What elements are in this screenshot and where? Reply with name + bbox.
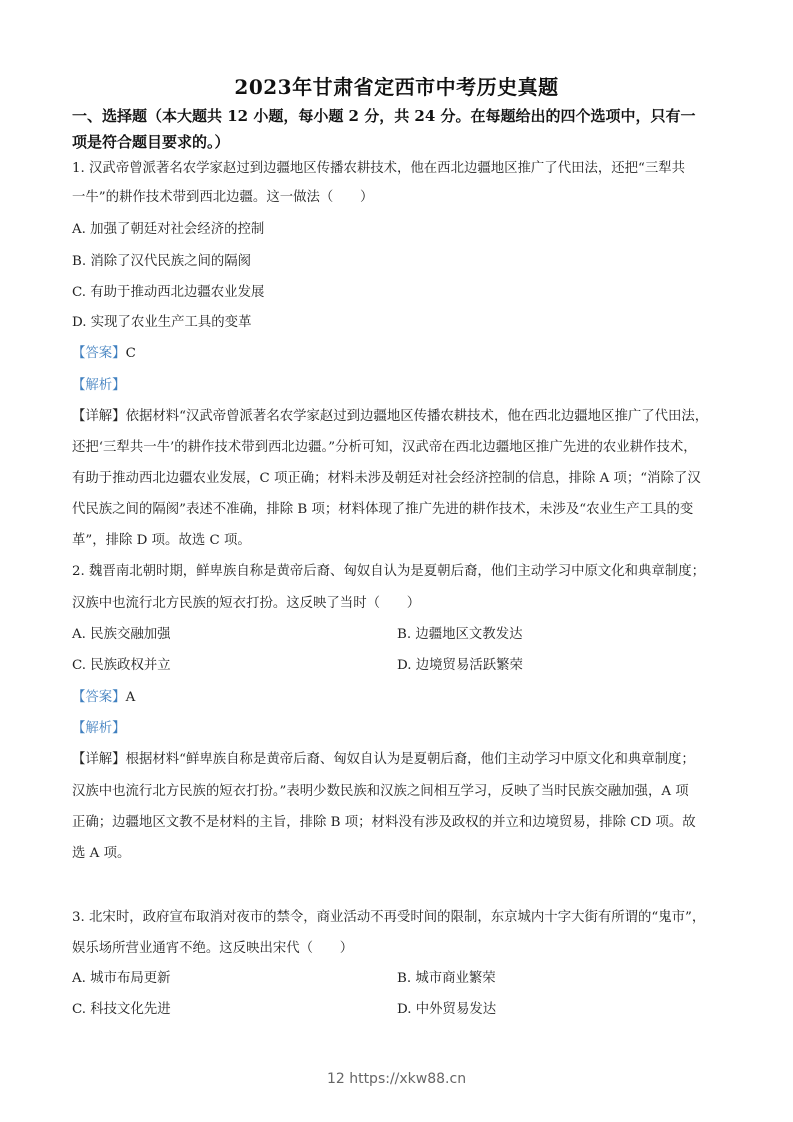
q1-detail-line2: 还把‘三犁共一牛’的耕作技术带到西北边疆。”分析可知，汉武帝在西北边疆地区推广先… bbox=[72, 439, 732, 457]
q2-option-d: D. 边境贸易活跃繁荣 bbox=[397, 657, 523, 675]
q2-stem-line2: 汉族中也流行北方民族的短衣打扮。这反映了当时（ ） bbox=[72, 595, 732, 613]
q3-option-b: B. 城市商业繁荣 bbox=[397, 970, 496, 988]
analysis-label: 【解析】 bbox=[72, 721, 126, 736]
q2-analysis-label: 【解析】 bbox=[72, 720, 732, 738]
q2-stem-line1: 2. 魏晋南北朝时期，鲜卑族自称是黄帝后裔、匈奴自认为是夏朝后裔，他们主动学习中… bbox=[72, 563, 732, 581]
page-footer: 12 https://xkw88.cn bbox=[0, 1071, 793, 1087]
q3-stem-line2: 娱乐场所营业通宵不绝。这反映出宋代（ ） bbox=[72, 940, 732, 958]
q1-detail-line5: 革”，排除 D 项。故选 C 项。 bbox=[72, 532, 732, 550]
q1-option-a: A. 加强了朝廷对社会经济的控制 bbox=[72, 221, 732, 239]
section-heading-line2: 项是符合题目要求的。） bbox=[72, 129, 732, 155]
q2-detail-line2: 汉族中也流行北方民族的短衣打扮。”表明少数民族和汉族之间相互学习，反映了当时民族… bbox=[72, 783, 732, 801]
detail-text: 依据材料“汉武帝曾派著名农学家赵过到边疆地区传播农耕技术，他在西北边疆地区推广了… bbox=[126, 409, 709, 424]
q1-option-b: B. 消除了汉代民族之间的隔阂 bbox=[72, 253, 732, 271]
q2-option-c: C. 民族政权并立 bbox=[72, 657, 171, 675]
q3-option-d: D. 中外贸易发达 bbox=[397, 1001, 496, 1019]
section-heading-line1: 一、选择题（本大题共 12 小题，每小题 2 分，共 24 分。在每题给出的四个… bbox=[72, 103, 732, 129]
q1-detail-line1: 【详解】依据材料“汉武帝曾派著名农学家赵过到边疆地区传播农耕技术，他在西北边疆地… bbox=[72, 408, 732, 426]
analysis-label: 【解析】 bbox=[72, 378, 126, 393]
answer-value: C bbox=[126, 346, 136, 361]
answer-value: A bbox=[126, 690, 136, 705]
page-title: 2023年甘肃省定西市中考历史真题 bbox=[0, 71, 793, 100]
q1-detail-line4: 代民族之间的隔阂”表述不准确，排除 B 项；材料体现了推广先进的耕作技术，未涉及… bbox=[72, 501, 732, 519]
answer-label: 【答案】 bbox=[72, 346, 126, 361]
q2-option-b: B. 边疆地区文教发达 bbox=[397, 626, 522, 644]
q1-answer: 【答案】C bbox=[72, 345, 732, 363]
q2-option-a: A. 民族交融加强 bbox=[72, 626, 171, 644]
q1-option-c: C. 有助于推动西北边疆农业发展 bbox=[72, 284, 732, 302]
detail-label: 【详解】 bbox=[72, 409, 126, 424]
q1-option-d: D. 实现了农业生产工具的变革 bbox=[72, 314, 732, 332]
q3-stem-line1: 3. 北宋时，政府宣布取消对夜市的禁令，商业活动不再受时间的限制，东京城内十字大… bbox=[72, 909, 732, 927]
q2-detail-line4: 选 A 项。 bbox=[72, 845, 732, 863]
q1-stem-line1: 1. 汉武帝曾派著名农学家赵过到边疆地区传播农耕技术，他在西北边疆地区推广了代田… bbox=[72, 160, 732, 178]
detail-text: 根据材料“鲜卑族自称是黄帝后裔、匈奴自认为是夏朝后裔，他们主动学习中原文化和典章… bbox=[126, 752, 695, 767]
q2-detail-line1: 【详解】根据材料“鲜卑族自称是黄帝后裔、匈奴自认为是夏朝后裔，他们主动学习中原文… bbox=[72, 751, 732, 769]
q1-stem-line2: 一牛”的耕作技术带到西北边疆。这一做法（ ） bbox=[72, 189, 732, 207]
detail-label: 【详解】 bbox=[72, 752, 126, 767]
q1-analysis-label: 【解析】 bbox=[72, 377, 732, 395]
q2-answer: 【答案】A bbox=[72, 689, 732, 707]
q1-detail-line3: 有助于推动西北边疆农业发展，C 项正确；材料未涉及朝廷对社会经济控制的信息，排除… bbox=[72, 470, 732, 488]
answer-label: 【答案】 bbox=[72, 690, 126, 705]
q2-detail-line3: 正确；边疆地区文教不是材料的主旨，排除 B 项；材料没有涉及政权的并立和边境贸易… bbox=[72, 814, 732, 832]
q3-option-c: C. 科技文化先进 bbox=[72, 1001, 171, 1019]
q3-option-a: A. 城市布局更新 bbox=[72, 970, 171, 988]
